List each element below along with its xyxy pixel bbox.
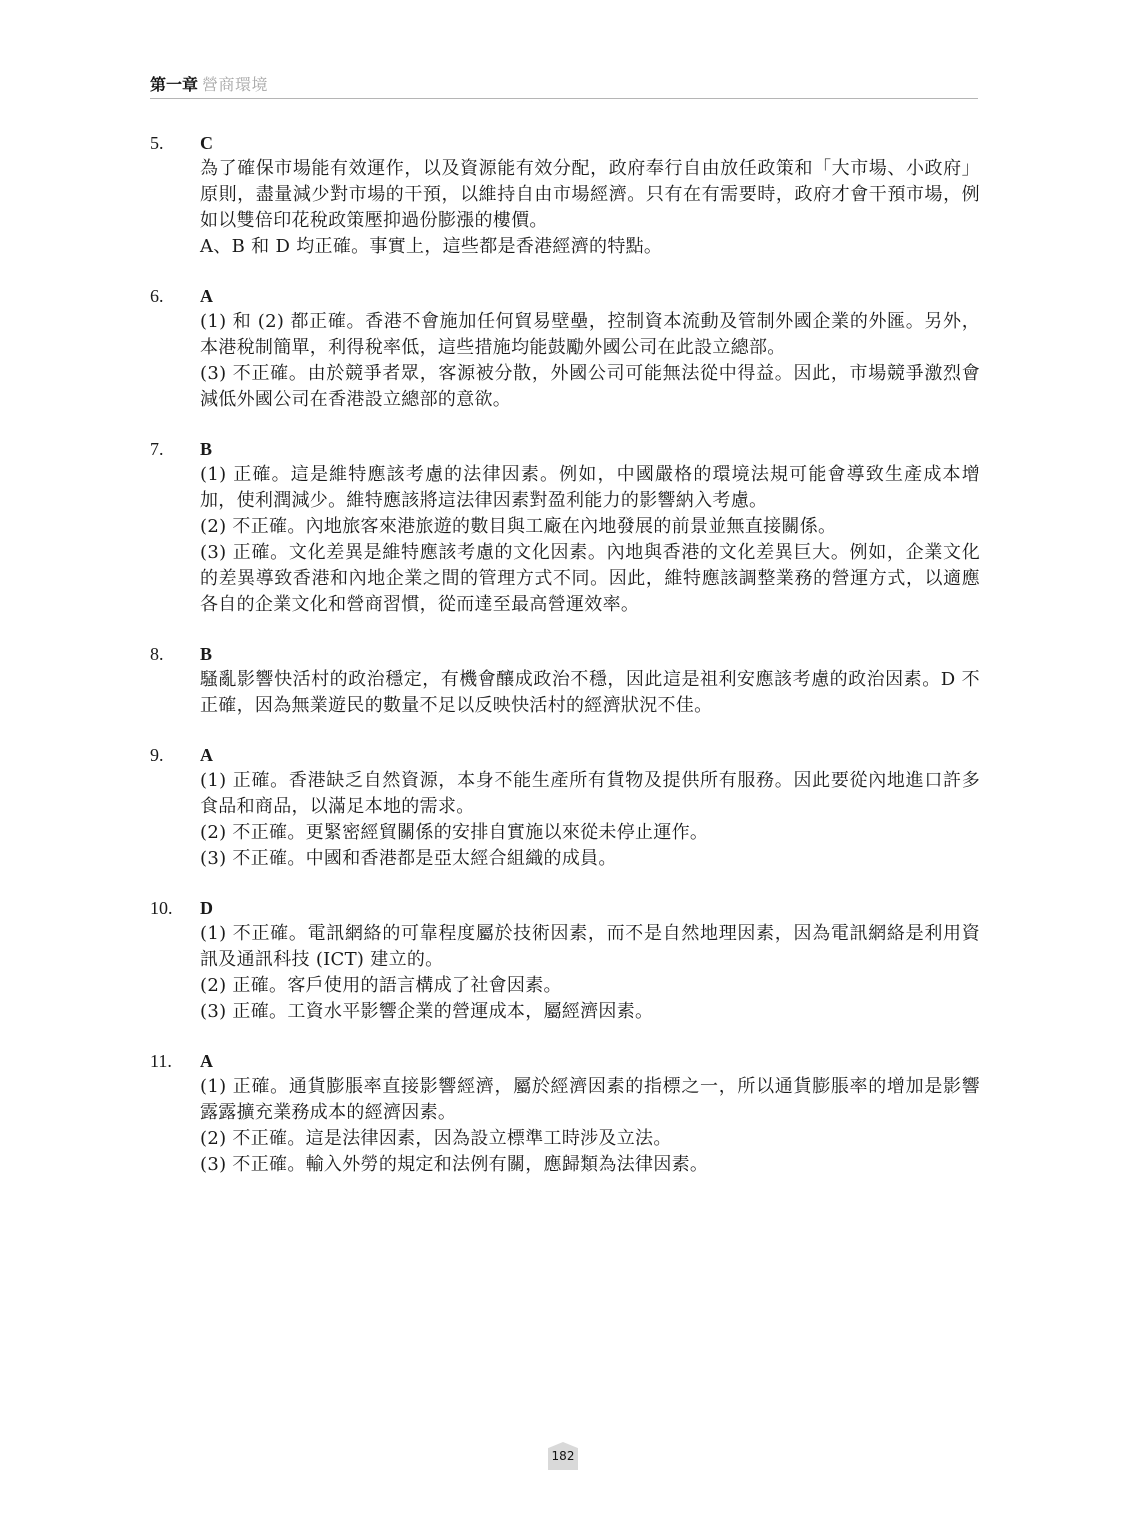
- explanation-paragraph: (1) 和 (2) 都正確。香港不會施加任何貿易壁壘，控制資本流動及管制外國企業…: [200, 309, 980, 361]
- explanation-paragraph: 騷亂影響快活村的政治穩定，有機會釀成政治不穩，因此這是祖利安應該考慮的政治因素。…: [200, 667, 980, 719]
- explanation-paragraph: (2) 不正確。這是法律因素，因為設立標準工時涉及立法。: [200, 1126, 980, 1152]
- chapter-label: 第一章: [150, 72, 198, 95]
- answer-letter: B: [200, 641, 980, 667]
- answer-item-11: 11. A (1) 正確。通貨膨脹率直接影響經濟，屬於經濟因素的指標之一，所以通…: [150, 1048, 980, 1178]
- explanation-paragraph: (1) 正確。通貨膨脹率直接影響經濟，屬於經濟因素的指標之一，所以通貨膨脹率的增…: [200, 1074, 980, 1126]
- question-number: 5.: [150, 130, 164, 156]
- running-header: 第一章 營商環境: [150, 72, 978, 99]
- explanation-paragraph: (3) 不正確。由於競爭者眾，客源被分散，外國公司可能無法從中得益。因此，市場競…: [200, 361, 980, 413]
- answer-item-10: 10. D (1) 不正確。電訊網絡的可靠程度屬於技術因素，而不是自然地理因素，…: [150, 895, 980, 1025]
- chapter-title: 營商環境: [202, 72, 268, 95]
- answer-letter: C: [200, 130, 980, 156]
- explanation-paragraph: (3) 不正確。中國和香港都是亞太經合組織的成員。: [200, 846, 980, 872]
- answer-letter: A: [200, 283, 980, 309]
- explanation-paragraph: (2) 不正確。內地旅客來港旅遊的數目與工廠在內地發展的前景並無直接關係。: [200, 514, 980, 540]
- question-number: 8.: [150, 641, 164, 667]
- explanation-paragraph: (2) 正確。客戶使用的語言構成了社會因素。: [200, 973, 980, 999]
- answer-item-6: 6. A (1) 和 (2) 都正確。香港不會施加任何貿易壁壘，控制資本流動及管…: [150, 283, 980, 413]
- answer-item-9: 9. A (1) 正確。香港缺乏自然資源，本身不能生產所有貨物及提供所有服務。因…: [150, 742, 980, 872]
- answer-letter: A: [200, 742, 980, 768]
- question-number: 6.: [150, 283, 164, 309]
- answer-letter: A: [200, 1048, 980, 1074]
- question-number: 9.: [150, 742, 164, 768]
- answer-item-5: 5. C 為了確保市場能有效運作，以及資源能有效分配，政府奉行自由放任政策和「大…: [150, 130, 980, 260]
- explanation-paragraph: (1) 正確。香港缺乏自然資源，本身不能生產所有貨物及提供所有服務。因此要從內地…: [200, 768, 980, 820]
- explanation-paragraph: (3) 不正確。輸入外勞的規定和法例有關，應歸類為法律因素。: [200, 1152, 980, 1178]
- answer-item-8: 8. B 騷亂影響快活村的政治穩定，有機會釀成政治不穩，因此這是祖利安應該考慮的…: [150, 641, 980, 719]
- explanation-paragraph: (2) 不正確。更緊密經貿關係的安排自實施以來從未停止運作。: [200, 820, 980, 846]
- explanation-paragraph: (1) 正確。這是維特應該考慮的法律因素。例如，中國嚴格的環境法規可能會導致生產…: [200, 462, 980, 514]
- answer-item-7: 7. B (1) 正確。這是維特應該考慮的法律因素。例如，中國嚴格的環境法規可能…: [150, 436, 980, 618]
- explanation-paragraph: 為了確保市場能有效運作，以及資源能有效分配，政府奉行自由放任政策和「大市場、小政…: [200, 156, 980, 234]
- answer-letter: B: [200, 436, 980, 462]
- question-number: 11.: [150, 1048, 172, 1074]
- question-number: 7.: [150, 436, 164, 462]
- explanation-paragraph: (3) 正確。工資水平影響企業的營運成本，屬經濟因素。: [200, 999, 980, 1025]
- answer-letter: D: [200, 895, 980, 921]
- answer-list: 5. C 為了確保市場能有效運作，以及資源能有效分配，政府奉行自由放任政策和「大…: [150, 130, 980, 1201]
- explanation-paragraph: (1) 不正確。電訊網絡的可靠程度屬於技術因素，而不是自然地理因素，因為電訊網絡…: [200, 921, 980, 973]
- page-number: 182: [548, 1449, 578, 1463]
- explanation-paragraph: (3) 正確。文化差異是維特應該考慮的文化因素。內地與香港的文化差異巨大。例如，…: [200, 540, 980, 618]
- page-number-tab: 182: [548, 1442, 578, 1470]
- explanation-paragraph: A、B 和 D 均正確。事實上，這些都是香港經濟的特點。: [200, 234, 980, 260]
- question-number: 10.: [150, 895, 173, 921]
